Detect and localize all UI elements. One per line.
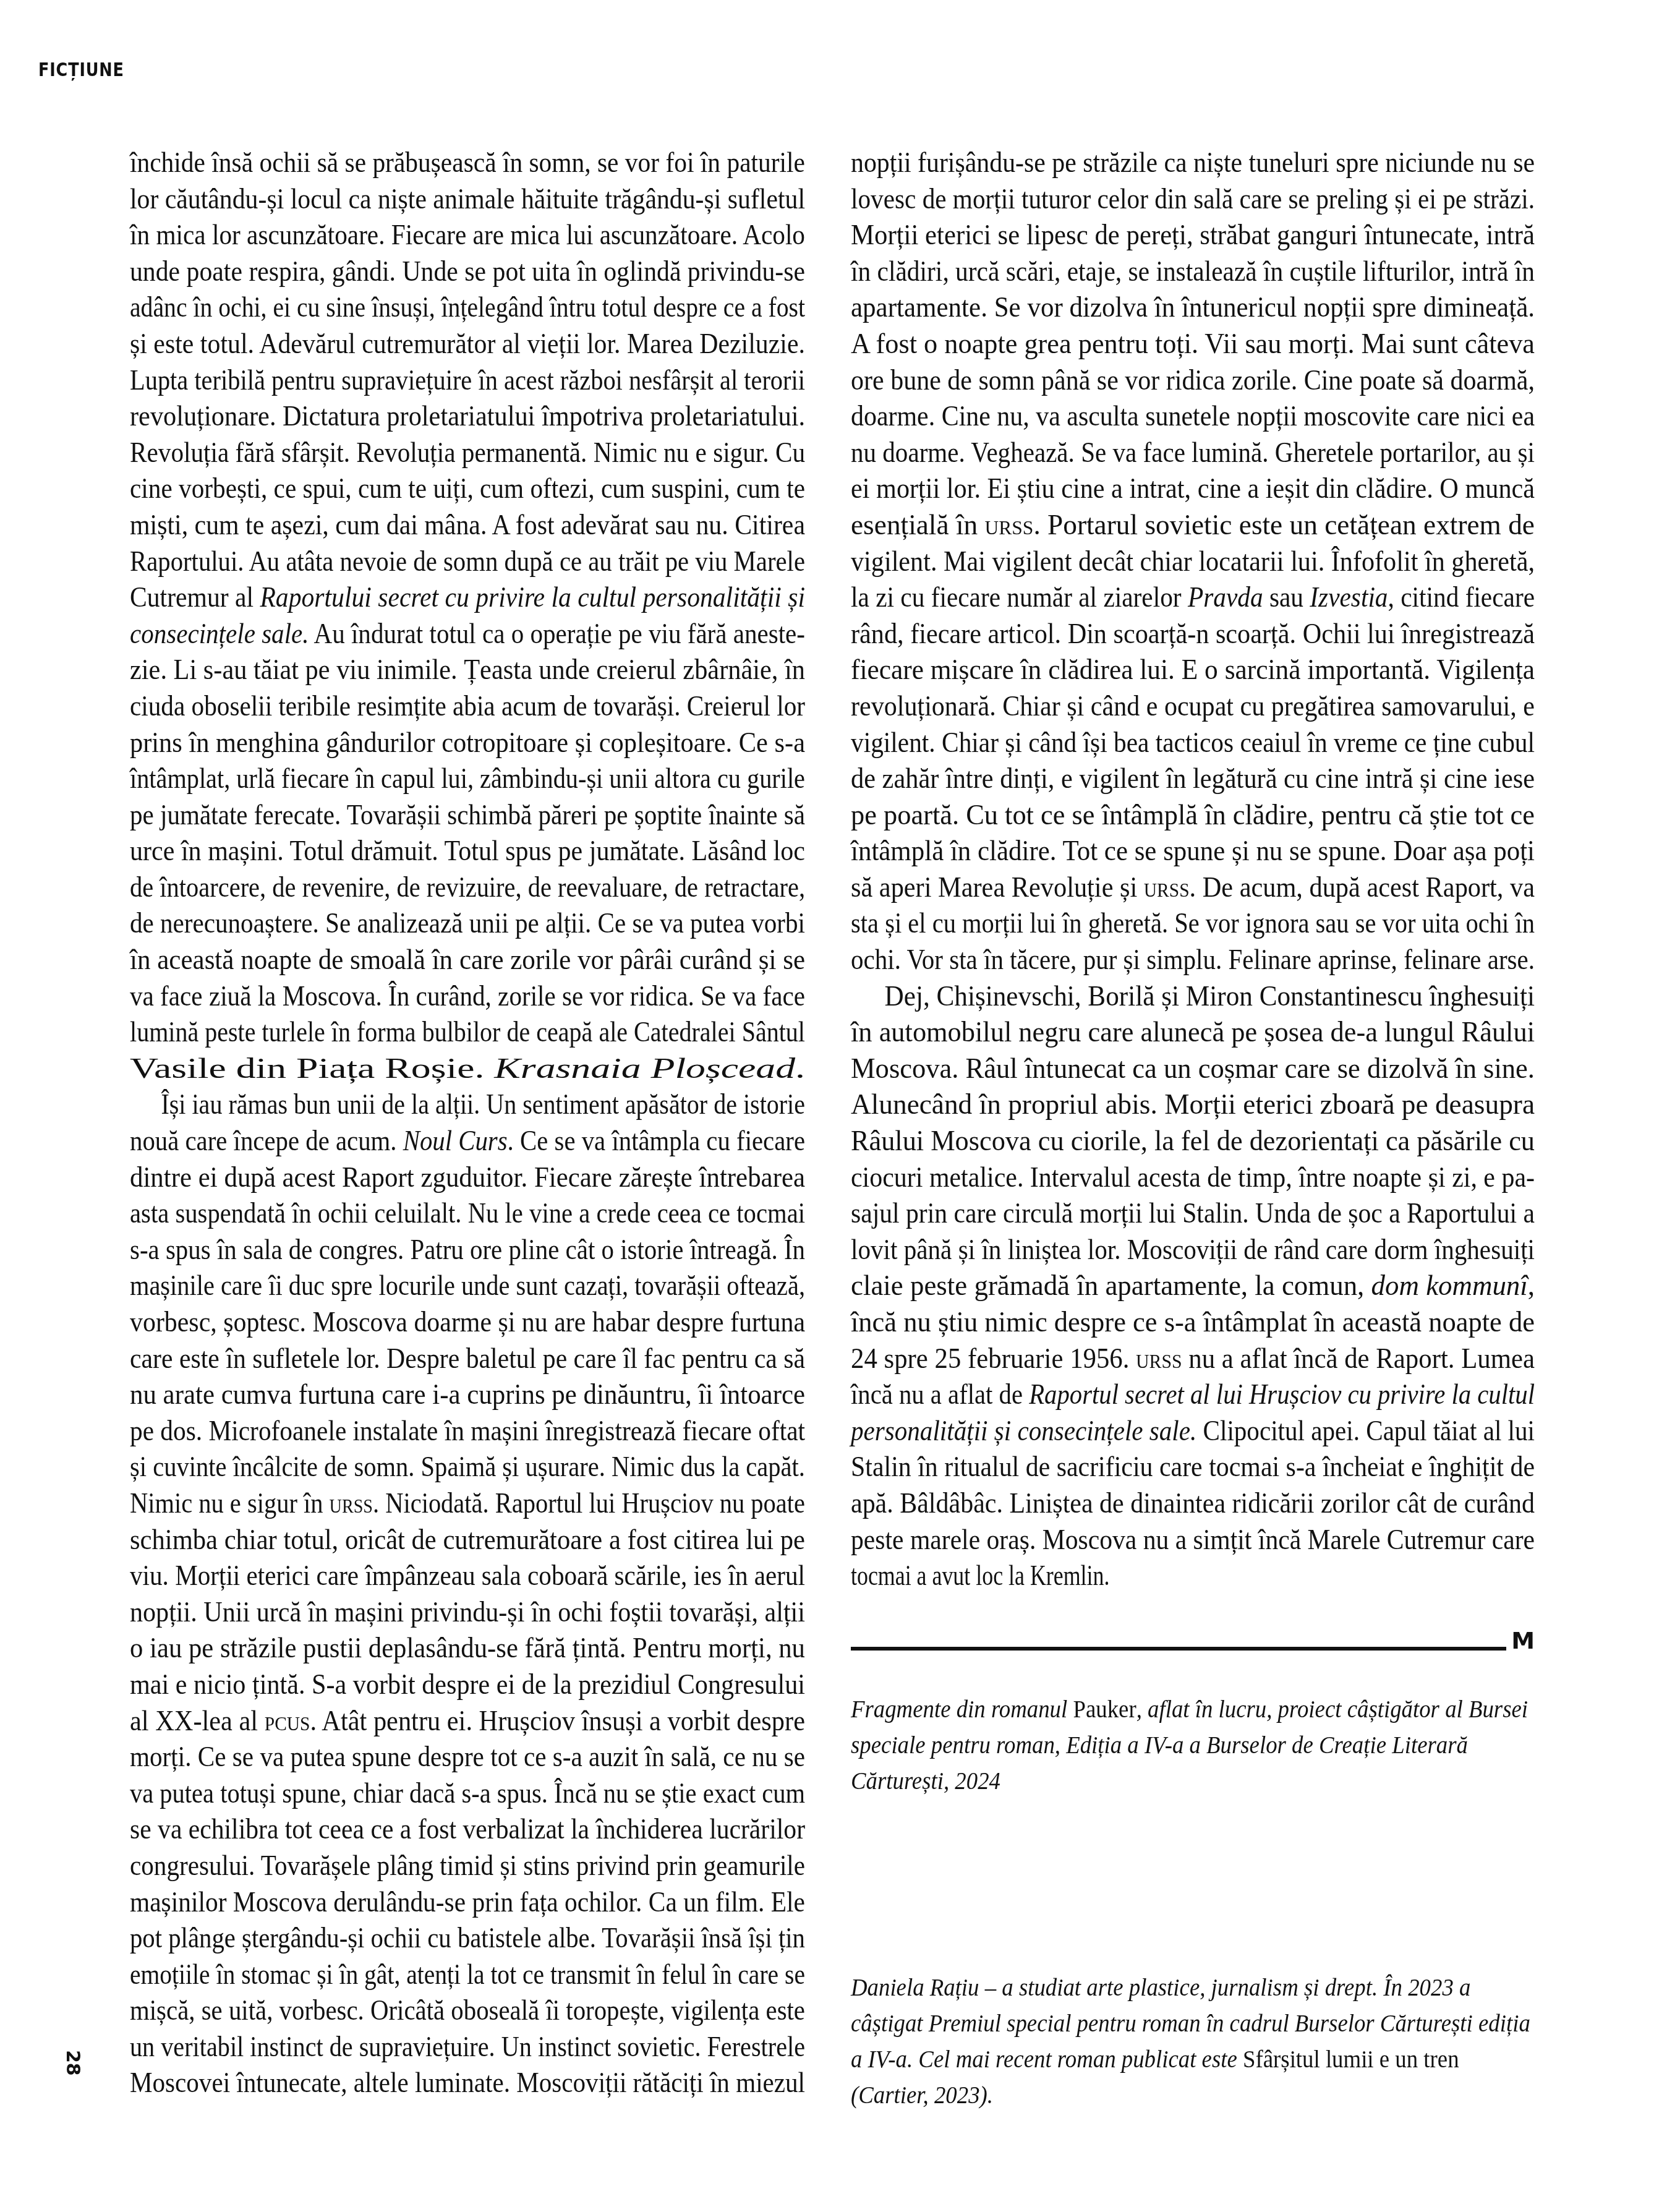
text-line: Cutremur al Raportului secret cu privire… xyxy=(130,579,805,616)
line-text: , xyxy=(1528,1270,1535,1301)
text-line: lovit până și în liniștea lor. Moscoviți… xyxy=(851,1232,1535,1268)
line-text: 24 spre 25 februarie 1956. xyxy=(851,1343,1136,1374)
text-line: vigilent. Chiar și când își bea tacticos… xyxy=(851,725,1535,761)
line-text: se va echilibra tot ceea ce a fost verba… xyxy=(130,1813,805,1845)
text-line: consecințele sale. Au îndurat totul ca o… xyxy=(130,616,805,652)
line-text: sau xyxy=(1263,581,1310,613)
line-text: nouă care începe de acum. xyxy=(130,1125,403,1156)
text-line: lor căutându-și locul ca niște animale h… xyxy=(130,181,805,218)
italic-text: personalității și consecințele sale. xyxy=(851,1415,1196,1446)
text-line: în această noapte de smoală în care zori… xyxy=(130,942,805,978)
line-text: mașinilor Moscova derulându-se prin fața… xyxy=(130,1886,805,1918)
line-text: pe dos. Microfoanele instalate în mașini… xyxy=(130,1415,805,1446)
text-line: peste marele oraș. Moscova nu a simțit î… xyxy=(851,1522,1535,1558)
line-text: Moscova. Râul întunecat ca un coșmar car… xyxy=(851,1053,1535,1084)
text-line: viu. Morții eterici care împânzeau sala … xyxy=(130,1558,805,1594)
line-text: de întoarcere, de revenire, de revizuire… xyxy=(130,871,805,903)
line-text: în automobilul negru care alunecă pe șos… xyxy=(851,1016,1535,1048)
text-line: fiecare mișcare în clădirea lui. E o sar… xyxy=(851,652,1535,688)
italic-text: Noul Curs xyxy=(403,1125,508,1156)
line-text: schimba chiar totul, oricât de cutremură… xyxy=(130,1524,805,1555)
text-line: nopții. Unii urcă în mașini privindu-și … xyxy=(130,1594,805,1631)
text-line: asta suspendată în ochii celuilalt. Nu l… xyxy=(130,1195,805,1232)
line-text: . Portarul sovietic este un cetățean ext… xyxy=(1033,509,1535,540)
acronym: PCUS xyxy=(265,1705,310,1736)
text-line: Revoluția fără sfârșit. Revoluția perman… xyxy=(130,435,805,471)
text-line: și este totul. Adevărul cutremurător al … xyxy=(130,326,805,362)
text-line: încă nu știu nimic despre ce s-a întâmpl… xyxy=(851,1304,1535,1341)
text-line: nu doarme. Veghează. Se va face lumină. … xyxy=(851,435,1535,471)
page-number: 28 xyxy=(54,2050,85,2075)
line-text: mișcă, se uită, vorbesc. Oricâtă oboseal… xyxy=(130,1994,805,2026)
text-line: tocmai a avut loc la Kremlin. xyxy=(851,1558,1535,1594)
text-line: Vasile din Piața Roșie. Krasnaia Ploșcea… xyxy=(130,1051,805,1087)
text-line: ore bune de somn până se vor ridica zori… xyxy=(851,362,1535,399)
line-text: mai e nicio țintă. S-a vorbit despre ei … xyxy=(130,1668,805,1700)
italic-text: Izvestia xyxy=(1310,581,1388,613)
text-line: la zi cu fiecare număr al ziarelor Pravd… xyxy=(851,579,1535,616)
author-bio-text-cont: (Cartier, 2023). xyxy=(851,2081,993,2109)
line-text: încă nu a aflat de xyxy=(851,1378,1029,1410)
text-line: lovesc de morții tuturor celor din sală … xyxy=(851,181,1535,218)
line-text: doarme. Cine nu, va asculta sunetele nop… xyxy=(851,400,1535,432)
line-text: Morții eterici se lipesc de pereți, stră… xyxy=(851,219,1535,250)
line-text: Râului Moscova cu ciorile, la fel de dez… xyxy=(851,1125,1535,1156)
line-text: Lupta teribilă pentru supraviețuire în a… xyxy=(130,364,805,396)
fragment-note: Fragmente din romanul Pauker, aflat în l… xyxy=(851,1691,1535,1799)
text-line: doarme. Cine nu, va asculta sunetele nop… xyxy=(851,398,1535,435)
line-text: vorbesc, șoptesc. Moscova doarme și nu a… xyxy=(130,1306,805,1338)
text-line: dintre ei după acest Raport zguduitor. F… xyxy=(130,1160,805,1196)
article-column-right: nopții furișându-se pe străzile ca niște… xyxy=(851,145,1535,1594)
text-line: vigilent. Mai vigilent decât chiar locat… xyxy=(851,544,1535,580)
line-text: . De acum, după acest Raport, va xyxy=(1190,871,1535,903)
text-line: pe dos. Microfoanele instalate în mașini… xyxy=(130,1413,805,1450)
line-text: sta și el cu morții lui în gheretă. Se v… xyxy=(851,907,1535,939)
line-text: Clipocitul apei. Capul tăiat al lui xyxy=(1196,1415,1535,1446)
line-text: încă nu știu nimic despre ce s-a întâmpl… xyxy=(851,1306,1535,1338)
text-line: apartamente. Se vor dizolva în întuneric… xyxy=(851,289,1535,326)
acronym: URSS xyxy=(1144,871,1190,903)
line-text: lor căutându-și locul ca niște animale h… xyxy=(130,183,805,215)
line-text: va face ziuă la Moscova. În curând, zori… xyxy=(130,980,805,1012)
text-line: Raportului. Au atâta nevoie de somn după… xyxy=(130,544,805,580)
text-line: care este în sufletele lor. Despre balet… xyxy=(130,1341,805,1377)
line-text: în această noapte de smoală în care zori… xyxy=(130,944,805,975)
line-text: Cutremur al xyxy=(130,581,260,613)
text-line: în automobilul negru care alunecă pe șos… xyxy=(851,1014,1535,1051)
line-text: ochi. Vor sta în tăcere, pur și simplu. … xyxy=(851,944,1535,975)
text-line: Moscova. Râul întunecat ca un coșmar car… xyxy=(851,1051,1535,1087)
line-text: asta suspendată în ochii celuilalt. Nu l… xyxy=(130,1197,805,1229)
line-text: nu arate cumva furtuna care i-a cuprins … xyxy=(130,1378,805,1410)
line-text: în clădiri, urcă scări, etaje, se instal… xyxy=(851,255,1535,287)
line-text: tocmai a avut loc la Kremlin. xyxy=(851,1560,1109,1591)
line-text: . Atât pentru ei. Hrușciov însuși a vorb… xyxy=(310,1705,805,1736)
line-text: vigilent. Chiar și când își bea tacticos… xyxy=(851,727,1535,758)
line-text: fiecare mișcare în clădirea lui. E o sar… xyxy=(851,654,1535,685)
text-line: un veritabil instinct de supraviețuire. … xyxy=(130,2029,805,2065)
acronym: URSS xyxy=(1136,1343,1182,1374)
line-text: Dej, Chișinevschi, Borilă și Miron Const… xyxy=(884,980,1535,1012)
fragment-note-text: Fragmente din romanul xyxy=(851,1695,1073,1723)
text-line: revoluționară. Chiar și când e ocupat cu… xyxy=(851,688,1535,725)
text-line: întâmplat, urlă fiecare în capul lui, zâ… xyxy=(130,761,805,797)
line-text: urce în mașini. Totul drămuit. Totul spu… xyxy=(130,835,805,866)
acronym: URSS xyxy=(985,509,1034,540)
line-text: Au îndurat totul ca o operație pe viu fă… xyxy=(309,618,805,649)
text-line: unde poate respira, gândi. Unde se pot u… xyxy=(130,254,805,290)
text-line: Dej, Chișinevschi, Borilă și Miron Const… xyxy=(851,978,1535,1015)
line-text: care este în sufletele lor. Despre balet… xyxy=(130,1343,805,1374)
text-line: ei morții lor. Ei știu cine a intrat, ci… xyxy=(851,471,1535,507)
line-text: închide însă ochii să se prăbușească în … xyxy=(130,147,805,178)
line-text: viu. Morții eterici care împânzeau sala … xyxy=(130,1560,805,1591)
text-line: apă. Bâldâbâc. Liniștea de dinaintea rid… xyxy=(851,1485,1535,1522)
text-line: mișcă, se uită, vorbesc. Oricâtă oboseal… xyxy=(130,1992,805,2029)
line-text: pe jumătate ferecate. Tovarășii schimbă … xyxy=(130,799,805,831)
text-line: pot plânge ștergându-și ochii cu batiste… xyxy=(130,1920,805,1957)
text-line: al XX-lea al PCUS. Atât pentru ei. Hrușc… xyxy=(130,1703,805,1740)
text-line: Își iau rămas bun unii de la alții. Un s… xyxy=(130,1087,805,1123)
line-text: sajul prin care circulă morții lui Stali… xyxy=(851,1197,1535,1229)
text-line: zie. Li s-au tăiat pe viu inimile. Țeast… xyxy=(130,652,805,688)
text-line: miști, cum te așezi, cum dai mâna. A fos… xyxy=(130,507,805,544)
text-line: se va echilibra tot ceea ce a fost verba… xyxy=(130,1811,805,1848)
article-end-divider: M xyxy=(851,1628,1535,1653)
italic-text: consecințele sale. xyxy=(130,618,309,649)
text-line: lumină peste turlele în forma bulbilor d… xyxy=(130,1014,805,1051)
text-line: întâmplă în clădire. Tot ce se spune și … xyxy=(851,833,1535,869)
line-text: și este totul. Adevărul cutremurător al … xyxy=(130,328,805,359)
line-text: morți. Ce se va putea spune despre tot c… xyxy=(130,1741,805,1772)
text-line: ciuda oboselii teribile resimțite abia a… xyxy=(130,688,805,725)
line-text: revoluționară. Chiar și când e ocupat cu… xyxy=(851,690,1535,722)
text-line: o iau pe străzile pustii deplasându-se f… xyxy=(130,1630,805,1667)
line-text: o iau pe străzile pustii deplasându-se f… xyxy=(130,1632,805,1664)
line-text: Raportului. Au atâta nevoie de somn după… xyxy=(130,545,805,577)
text-line: încă nu a aflat de Raportul secret al lu… xyxy=(851,1377,1535,1413)
line-text: . xyxy=(795,1053,805,1084)
published-novel-title: Sfârșitul lumii e un tren xyxy=(1243,2045,1459,2073)
text-line: Moscovei întunecate, altele luminate. Mo… xyxy=(130,2065,805,2101)
line-text: cine vorbești, ce spui, cum te uiți, cum… xyxy=(130,472,805,504)
line-text: lumină peste turlele în forma bulbilor d… xyxy=(130,1016,805,1048)
line-text: Nimic nu e sigur în xyxy=(130,1487,330,1519)
text-line: nopții furișându-se pe străzile ca niște… xyxy=(851,145,1535,181)
text-line: și cuvinte încâlcite de somn. Spaimă și … xyxy=(130,1449,805,1485)
text-line: emoțiile în stomac și în gât, atenți la … xyxy=(130,1957,805,1993)
text-line: ochi. Vor sta în tăcere, pur și simplu. … xyxy=(851,942,1535,978)
text-line: de zahăr între dinți, e vigilent în legă… xyxy=(851,761,1535,797)
author-bio: Daniela Rațiu – a studiat arte plastice,… xyxy=(851,1970,1535,2113)
line-text: pe poartă. Cu tot ce se întâmplă în clăd… xyxy=(851,799,1535,831)
text-line: revoluționare. Dictatura proletariatului… xyxy=(130,398,805,435)
italic-text: Krasnaia Ploșcead xyxy=(494,1053,795,1084)
text-line: Alunecând în propriul abis. Morții eteri… xyxy=(851,1087,1535,1123)
line-text: în mica lor ascunzătoare. Fiecare are mi… xyxy=(130,219,805,250)
text-line: mașinile care îi duc spre locurile unde … xyxy=(130,1268,805,1304)
text-line: adânc în ochi, ei cu sine însuși, înțele… xyxy=(130,289,805,326)
line-text: ciocuri metalice. Intervalul acesta de t… xyxy=(851,1161,1535,1193)
line-text: ei morții lor. Ei știu cine a intrat, ci… xyxy=(851,472,1535,504)
article-column-left: închide însă ochii să se prăbușească în … xyxy=(130,145,805,2101)
line-text: congresului. Tovarășele plâng timid și s… xyxy=(130,1850,805,1881)
text-line: mașinilor Moscova derulându-se prin fața… xyxy=(130,1884,805,1921)
line-text: Își iau rămas bun unii de la alții. Un s… xyxy=(161,1088,805,1120)
line-text: apă. Bâldâbâc. Liniștea de dinaintea rid… xyxy=(851,1487,1535,1519)
divider-rule xyxy=(851,1647,1506,1651)
line-text: , citind fiecare xyxy=(1388,581,1535,613)
text-line: prins în menghina gândurilor cotropitoar… xyxy=(130,725,805,761)
line-text: nopții furișându-se pe străzile ca niște… xyxy=(851,147,1535,178)
acronym: URSS xyxy=(330,1487,373,1519)
text-line: în clădiri, urcă scări, etaje, se instal… xyxy=(851,254,1535,290)
line-text: revoluționare. Dictatura proletariatului… xyxy=(130,400,805,432)
text-line: sajul prin care circulă morții lui Stali… xyxy=(851,1195,1535,1232)
line-text: pot plânge ștergându-și ochii cu batiste… xyxy=(130,1922,805,1954)
line-text: un veritabil instinct de supraviețuire. … xyxy=(130,2031,805,2062)
line-text: Vasile din Piața Roșie. xyxy=(130,1053,494,1084)
line-text: . Ce se va întâmpla cu fiecare xyxy=(508,1125,805,1156)
line-text: de zahăr între dinți, e vigilent în legă… xyxy=(851,762,1535,794)
text-line: esențială în URSS. Portarul sovietic est… xyxy=(851,507,1535,544)
line-text: nopții. Unii urcă în mașini privindu-și … xyxy=(130,1596,805,1628)
text-line: de nerecunoaștere. Se analizează unii pe… xyxy=(130,905,805,942)
line-text: . Niciodată. Raportul lui Hrușciov nu po… xyxy=(373,1487,805,1519)
line-text: esențială în xyxy=(851,509,985,540)
line-text: peste marele oraș. Moscova nu a simțit î… xyxy=(851,1524,1535,1555)
text-line: pe poartă. Cu tot ce se întâmplă în clăd… xyxy=(851,797,1535,834)
magazine-logo-icon: M xyxy=(1511,1628,1535,1653)
italic-text: Raportului secret cu privire la cultul p… xyxy=(260,581,805,613)
section-label: FICȚIUNE xyxy=(38,59,124,81)
text-line: pe jumătate ferecate. Tovarășii schimbă … xyxy=(130,797,805,834)
line-text: va putea totuși spune, chiar dacă s-a sp… xyxy=(130,1777,805,1809)
line-text: prins în menghina gândurilor cotropitoar… xyxy=(130,727,805,758)
text-line: schimba chiar totul, oricât de cutremură… xyxy=(130,1522,805,1558)
line-text: unde poate respira, gândi. Unde se pot u… xyxy=(130,255,805,287)
text-line: închide însă ochii să se prăbușească în … xyxy=(130,145,805,181)
text-line: 24 spre 25 februarie 1956. URSS nu a afl… xyxy=(851,1341,1535,1377)
line-text: mașinile care îi duc spre locurile unde … xyxy=(130,1270,805,1301)
italic-text: Pravda xyxy=(1188,581,1263,613)
text-line: Stalin în ritualul de sacrificiu care to… xyxy=(851,1449,1535,1485)
line-text: nu doarme. Veghează. Se va face lumină. … xyxy=(851,437,1535,468)
text-line: va face ziuă la Moscova. În curând, zori… xyxy=(130,978,805,1015)
line-text: dintre ei după acest Raport zguduitor. F… xyxy=(130,1161,805,1193)
text-line: urce în mașini. Totul drămuit. Totul spu… xyxy=(130,833,805,869)
text-line: sta și el cu morții lui în gheretă. Se v… xyxy=(851,905,1535,942)
text-line: cine vorbești, ce spui, cum te uiți, cum… xyxy=(130,471,805,507)
text-line: în mica lor ascunzătoare. Fiecare are mi… xyxy=(130,217,805,254)
line-text: la zi cu fiecare număr al ziarelor xyxy=(851,581,1188,613)
line-text: al XX-lea al xyxy=(130,1705,265,1736)
text-line: s-a spus în sala de congres. Patru ore p… xyxy=(130,1232,805,1268)
text-line: ciocuri metalice. Intervalul acesta de t… xyxy=(851,1160,1535,1196)
text-line: Nimic nu e sigur în URSS. Niciodată. Rap… xyxy=(130,1485,805,1522)
line-text: zie. Li s-au tăiat pe viu inimile. Țeast… xyxy=(130,654,805,685)
novel-title: Pauker xyxy=(1073,1695,1136,1723)
line-text: emoțiile în stomac și în gât, atenți la … xyxy=(130,1958,805,1990)
text-line: congresului. Tovarășele plâng timid și s… xyxy=(130,1848,805,1884)
line-text: lovesc de morții tuturor celor din sală … xyxy=(851,183,1535,215)
line-text: vigilent. Mai vigilent decât chiar locat… xyxy=(851,545,1535,577)
line-text: întâmplă în clădire. Tot ce se spune și … xyxy=(851,835,1535,866)
line-text: Moscovei întunecate, altele luminate. Mo… xyxy=(130,2067,805,2098)
line-text: A fost o noapte grea pentru toți. Vii sa… xyxy=(851,328,1535,359)
line-text: ciuda oboselii teribile resimțite abia a… xyxy=(130,690,805,722)
line-text: adânc în ochi, ei cu sine însuși, înțele… xyxy=(130,291,805,323)
line-text: și cuvinte încâlcite de somn. Spaimă și … xyxy=(130,1451,805,1482)
line-text: întâmplat, urlă fiecare în capul lui, zâ… xyxy=(130,762,805,794)
text-line: nouă care începe de acum. Noul Curs. Ce … xyxy=(130,1123,805,1160)
line-text: miști, cum te așezi, cum dai mâna. A fos… xyxy=(130,509,805,540)
italic-text: Raportul secret al lui Hrușciov cu privi… xyxy=(1029,1378,1535,1410)
italic-text: dom kommunî xyxy=(1371,1270,1528,1301)
line-text: să aperi Marea Revoluție și xyxy=(851,871,1144,903)
line-text: s-a spus în sala de congres. Patru ore p… xyxy=(130,1234,805,1265)
line-text: de nerecunoaștere. Se analizează unii pe… xyxy=(130,907,805,939)
text-line: morți. Ce se va putea spune despre tot c… xyxy=(130,1739,805,1775)
text-line: să aperi Marea Revoluție și URSS. De acu… xyxy=(851,869,1535,906)
text-line: personalității și consecințele sale. Cli… xyxy=(851,1413,1535,1450)
line-text: lovit până și în liniștea lor. Moscoviți… xyxy=(851,1234,1535,1265)
line-text: claie peste grămadă în apartamente, la c… xyxy=(851,1270,1371,1301)
line-text: ore bune de somn până se vor ridica zori… xyxy=(851,364,1535,396)
text-line: claie peste grămadă în apartamente, la c… xyxy=(851,1268,1535,1304)
line-text: Revoluția fără sfârșit. Revoluția perman… xyxy=(130,437,805,468)
text-line: Lupta teribilă pentru supraviețuire în a… xyxy=(130,362,805,399)
text-line: rând, fiecare articol. Din scoarță-n sco… xyxy=(851,616,1535,652)
line-text: nu a aflat încă de Raport. Lumea xyxy=(1182,1343,1535,1374)
text-line: nu arate cumva furtuna care i-a cuprins … xyxy=(130,1377,805,1413)
text-line: A fost o noapte grea pentru toți. Vii sa… xyxy=(851,326,1535,362)
text-line: Râului Moscova cu ciorile, la fel de dez… xyxy=(851,1123,1535,1160)
text-line: va putea totuși spune, chiar dacă s-a sp… xyxy=(130,1775,805,1812)
text-line: Morții eterici se lipesc de pereți, stră… xyxy=(851,217,1535,254)
line-text: Alunecând în propriul abis. Morții eteri… xyxy=(851,1088,1535,1120)
line-text: rând, fiecare articol. Din scoarță-n sco… xyxy=(851,618,1535,649)
text-line: vorbesc, șoptesc. Moscova doarme și nu a… xyxy=(130,1304,805,1341)
line-text: Stalin în ritualul de sacrificiu care to… xyxy=(851,1451,1535,1482)
line-text: apartamente. Se vor dizolva în întuneric… xyxy=(851,291,1535,323)
text-line: mai e nicio țintă. S-a vorbit despre ei … xyxy=(130,1667,805,1703)
text-line: de întoarcere, de revenire, de revizuire… xyxy=(130,869,805,906)
